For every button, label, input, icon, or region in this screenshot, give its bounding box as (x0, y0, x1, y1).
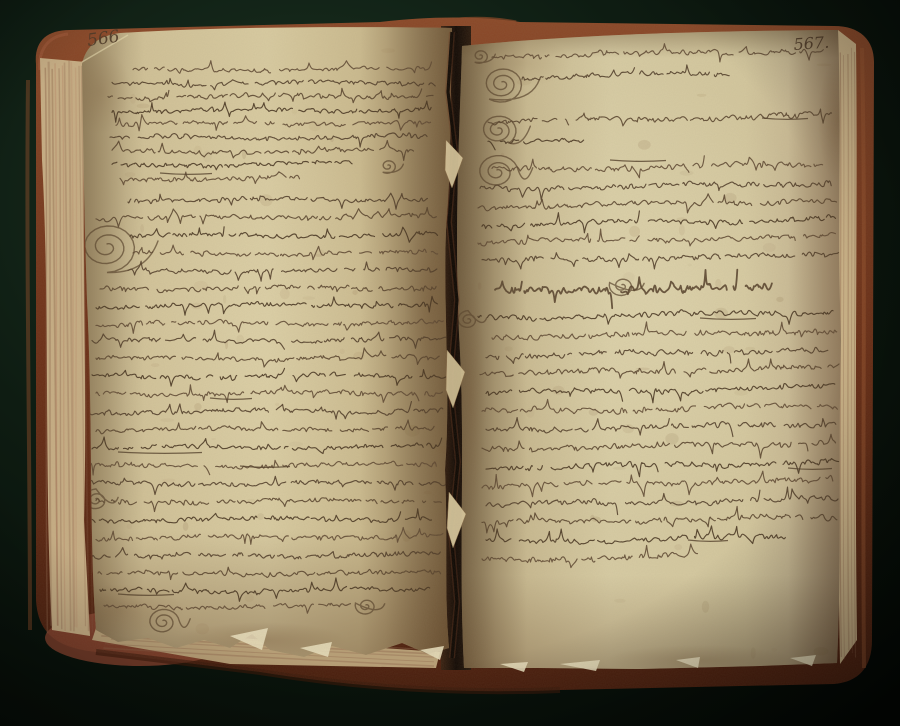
photograph-open-manuscript-book: 566 567. (0, 0, 900, 726)
vignette-overlay (0, 0, 900, 726)
manuscript-photo-canvas: 566 567. (0, 0, 900, 726)
